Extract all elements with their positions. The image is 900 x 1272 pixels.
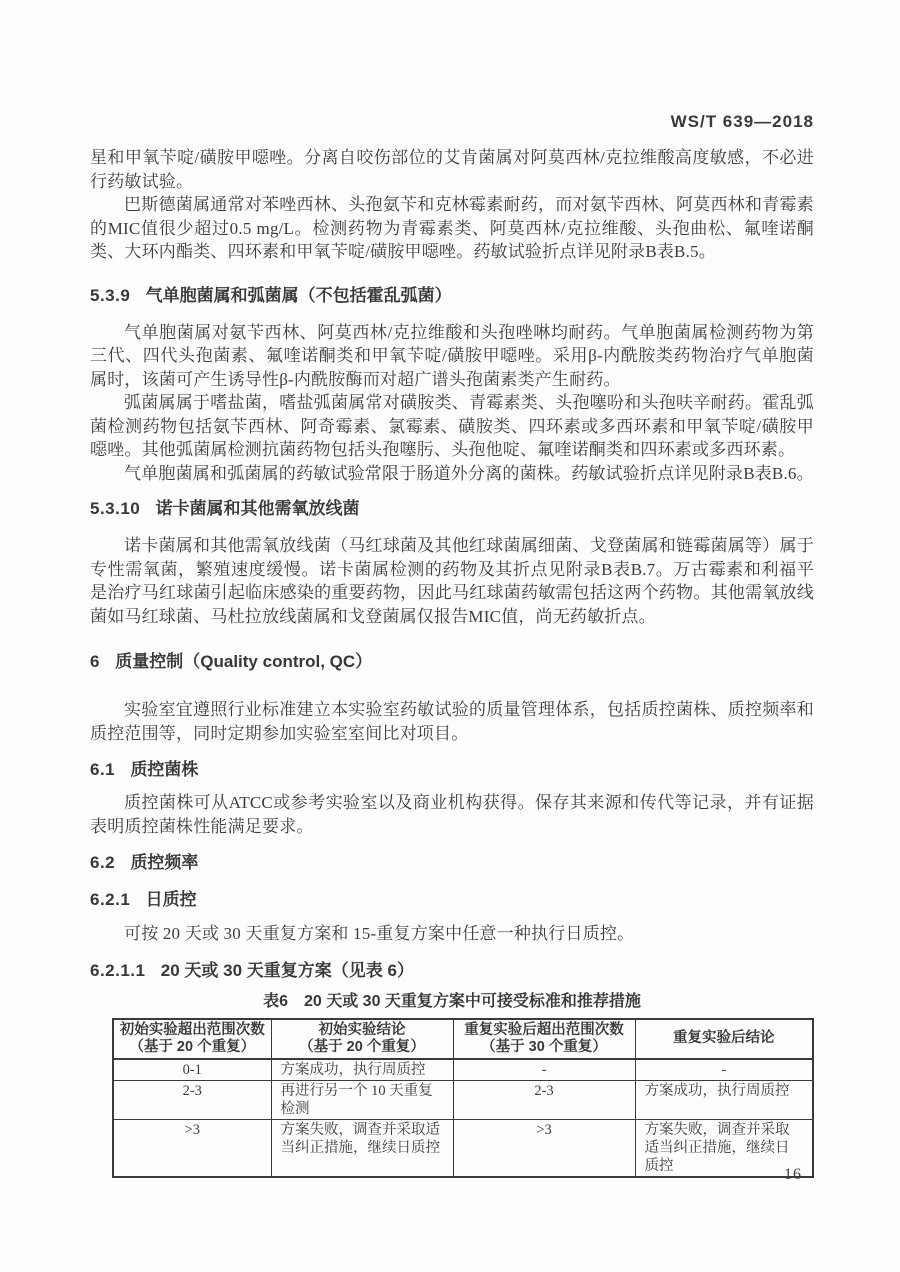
header-line1: 重复实验后结论 — [638, 1030, 811, 1047]
table-cell: >3 — [453, 1119, 635, 1177]
table-header-row: 初始实验超出范围次数 （基于 20 个重复） 初始实验结论 （基于 20 个重复… — [113, 1019, 813, 1059]
section-title: 气单胞菌属和弧菌属（不包括霍乱弧菌） — [146, 286, 452, 305]
section-title: 日质控 — [146, 890, 197, 909]
header-line2: （基于 30 个重复） — [456, 1039, 633, 1056]
section-heading-5-3-9: 5.3.9气单胞菌属和弧菌属（不包括霍乱弧菌） — [90, 284, 814, 308]
paragraph-aeromonas: 气单胞菌属对氨苄西林、阿莫西林/克拉维酸和头孢唑啉均耐药。气单胞菌属检测药物为第… — [90, 321, 814, 392]
paragraph-nocardia: 诺卡菌属和其他需氧放线菌（马红球菌及其他红球菌属细菌、戈登菌属和链霉菌属等）属于… — [90, 534, 814, 628]
section-number: 5.3.10 — [90, 499, 140, 518]
paragraph-ast-note: 气单胞菌属和弧菌属的药敏试验常限于肠道外分离的菌株。药敏试验折点详见附录B表B.… — [90, 462, 814, 486]
table-cell: 方案成功，执行周质控 — [271, 1059, 453, 1081]
paragraph-qc-strains: 质控菌株可从ATCC或参考实验室以及商业机构获得。保存其来源和传代等记录，并有证… — [90, 791, 814, 838]
section-number: 5.3.9 — [90, 286, 130, 305]
table-cell: 方案失败，调查并采取适当纠正措施，继续日质控 — [271, 1119, 453, 1177]
table-cell: 0-1 — [113, 1059, 271, 1081]
header-line1: 初始实验结论 — [274, 1022, 451, 1039]
paragraph-vibrio: 弧菌属属于嗜盐菌，嗜盐弧菌属常对磺胺类、青霉素类、头孢噻吩和头孢呋辛耐药。霍乱弧… — [90, 391, 814, 462]
section-number: 6 — [90, 652, 100, 671]
header-line1: 重复实验后超出范围次数 — [456, 1022, 633, 1039]
section-heading-5-3-10: 5.3.10诺卡菌属和其他需氧放线菌 — [90, 497, 814, 521]
table-header-repeat-out-of-range: 重复实验后超出范围次数 （基于 30 个重复） — [453, 1019, 635, 1059]
page-number: 16 — [784, 1166, 802, 1184]
section-heading-6-1: 6.1质控菌株 — [90, 758, 814, 782]
table-header-initial-conclusion: 初始实验结论 （基于 20 个重复） — [271, 1019, 453, 1059]
table-caption-label: 表6 — [263, 993, 288, 1010]
table-row: 0-1 方案成功，执行周质控 - - — [113, 1059, 813, 1081]
section-heading-6-2: 6.2质控频率 — [90, 851, 814, 875]
doc-code: WS/T 639—2018 — [671, 112, 814, 131]
paragraph-continuation: 星和甲氧苄啶/磺胺甲噁唑。分离自咬伤部位的艾肯菌属对阿莫西林/克拉维酸高度敏感，… — [90, 146, 814, 193]
section-number: 6.2.1.1 — [90, 961, 146, 980]
paragraph-pasteurella: 巴斯德菌属通常对苯唑西林、头孢氨苄和克林霉素耐药，而对氨苄西林、阿莫西林和青霉素… — [90, 193, 814, 264]
paragraph-qc-intro: 实验室宜遵照行业标准建立本实验室药敏试验的质量管理体系，包括质控菌株、质控频率和… — [90, 698, 814, 745]
table-cell: 2-3 — [453, 1080, 635, 1119]
table-cell: 2-3 — [113, 1080, 271, 1119]
section-title: 诺卡菌属和其他需氧放线菌 — [156, 499, 360, 518]
section-heading-6: 6质量控制（Quality control, QC） — [90, 650, 814, 674]
table-header-repeat-conclusion: 重复实验后结论 — [635, 1019, 813, 1059]
paragraph-daily-qc: 可按 20 天或 30 天重复方案和 15-重复方案中任意一种执行日质控。 — [90, 922, 814, 946]
table-cell: 再进行另一个 10 天重复检测 — [271, 1080, 453, 1119]
header-line1: 初始实验超出范围次数 — [116, 1022, 269, 1039]
table-caption-text: 20 天或 30 天重复方案中可接受标准和推荐措施 — [304, 993, 641, 1010]
section-heading-6-2-1-1: 6.2.1.120 天或 30 天重复方案（见表 6） — [90, 959, 814, 983]
qc-table: 初始实验超出范围次数 （基于 20 个重复） 初始实验结论 （基于 20 个重复… — [112, 1018, 814, 1178]
table-cell: - — [635, 1059, 813, 1081]
document-page: WS/T 639—2018 星和甲氧苄啶/磺胺甲噁唑。分离自咬伤部位的艾肯菌属对… — [0, 0, 900, 1272]
section-number: 6.2.1 — [90, 890, 130, 909]
table-row: 2-3 再进行另一个 10 天重复检测 2-3 方案成功，执行周质控 — [113, 1080, 813, 1119]
table-header-initial-out-of-range: 初始实验超出范围次数 （基于 20 个重复） — [113, 1019, 271, 1059]
section-heading-6-2-1: 6.2.1日质控 — [90, 888, 814, 912]
table-cell: - — [453, 1059, 635, 1081]
section-title: 质控菌株 — [130, 760, 198, 779]
section-title: 质量控制（Quality control, QC） — [115, 652, 372, 671]
header-line2: （基于 20 个重复） — [116, 1039, 269, 1056]
section-number: 6.1 — [90, 760, 115, 779]
qc-table-body: 0-1 方案成功，执行周质控 - - 2-3 再进行另一个 10 天重复检测 2… — [113, 1059, 813, 1177]
section-title: 20 天或 30 天重复方案（见表 6） — [161, 961, 414, 980]
doc-header: WS/T 639—2018 — [671, 112, 814, 132]
table-cell: >3 — [113, 1119, 271, 1177]
table-row: >3 方案失败，调查并采取适当纠正措施，继续日质控 >3 方案失败，调查并采取适… — [113, 1119, 813, 1177]
header-line2: （基于 20 个重复） — [274, 1039, 451, 1056]
table-cell: 方案成功，执行周质控 — [635, 1080, 813, 1119]
section-title: 质控频率 — [130, 853, 198, 872]
table-caption: 表620 天或 30 天重复方案中可接受标准和推荐措施 — [90, 993, 814, 1011]
qc-table-head: 初始实验超出范围次数 （基于 20 个重复） 初始实验结论 （基于 20 个重复… — [113, 1019, 813, 1059]
page-content: 星和甲氧苄啶/磺胺甲噁唑。分离自咬伤部位的艾肯菌属对阿莫西林/克拉维酸高度敏感，… — [90, 146, 814, 1178]
section-number: 6.2 — [90, 853, 115, 872]
